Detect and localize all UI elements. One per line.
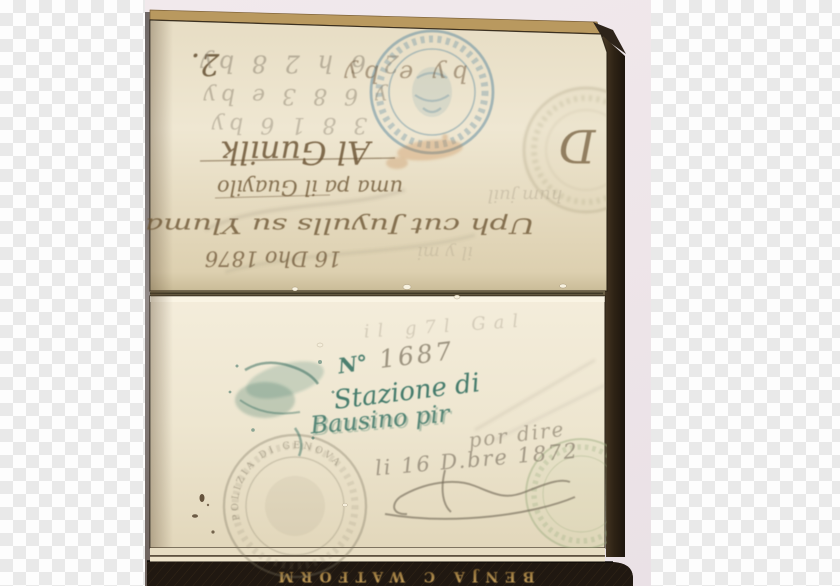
green-number-prefix: N°: [335, 350, 369, 379]
leather-cover-bottom: BENJA C WATFORM: [147, 561, 633, 586]
ink-scribble: by e by: [338, 60, 467, 88]
ink-line-3: Uph cut Juyulls su Yluma: [145, 214, 535, 238]
gutter-shadow: [151, 21, 173, 548]
book-photo-art: BENJA C WATFORM: [145, 0, 651, 586]
transparency-checkerboard: BENJA C WATFORM: [0, 0, 840, 586]
ink-flourish-line: Al Gunilk: [220, 134, 373, 172]
pencil-row-3: 3 8 1 6 by: [207, 112, 367, 137]
ink-line-4: 16 Dho 1876: [205, 247, 342, 271]
stamp-blue-circular: [371, 31, 493, 153]
scanned-photo: BENJA C WATFORM: [145, 0, 651, 586]
ghost-line-1: hum juil: [487, 185, 562, 206]
ink-flourish-capital: D: [559, 119, 597, 173]
